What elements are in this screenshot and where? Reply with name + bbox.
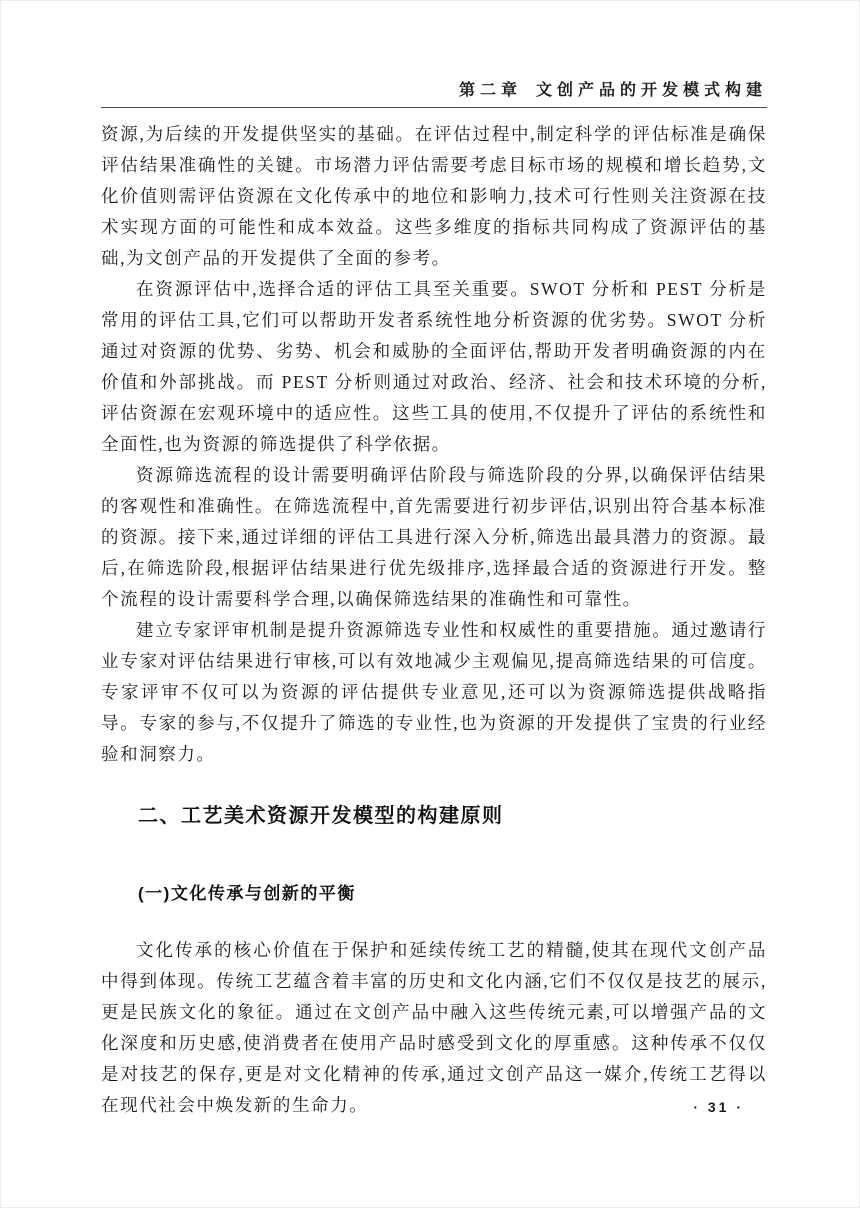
paragraph: 在资源评估中,选择合适的评估工具至关重要。SWOT 分析和 PEST 分析是常用… [101,274,767,460]
page-number: · 31 · [693,1099,744,1115]
page-content: 第二章 文创产品的开发模式构建 资源,为后续的开发提供坚实的基础。在评估过程中,… [101,77,767,1121]
paragraph: 文化传承的核心价值在于保护和延续传统工艺的精髓,使其在现代文创产品中得到体现。传… [101,935,767,1121]
chapter-title: 文创产品的开发模式构建 [536,77,767,100]
chapter-label: 第二章 [459,77,522,100]
header-rule [101,107,767,108]
paragraph: 建立专家评审机制是提升资源筛选专业性和权威性的重要措施。通过邀请行业专家对评估结… [101,615,767,770]
running-head: 第二章 文创产品的开发模式构建 [101,77,767,107]
paragraph-continuation: 资源,为后续的开发提供坚实的基础。在评估过程中,制定科学的评估标准是确保评估结果… [101,119,767,274]
body-text: 资源,为后续的开发提供坚实的基础。在评估过程中,制定科学的评估标准是确保评估结果… [101,119,767,1121]
book-page: 第二章 文创产品的开发模式构建 资源,为后续的开发提供坚实的基础。在评估过程中,… [0,0,860,1208]
subsection-heading: (一)文化传承与创新的平衡 [138,879,767,904]
paragraph: 资源筛选流程的设计需要明确评估阶段与筛选阶段的分界,以确保评估结果的客观性和准确… [101,460,767,615]
section-heading: 二、工艺美术资源开发模型的构建原则 [138,799,767,828]
